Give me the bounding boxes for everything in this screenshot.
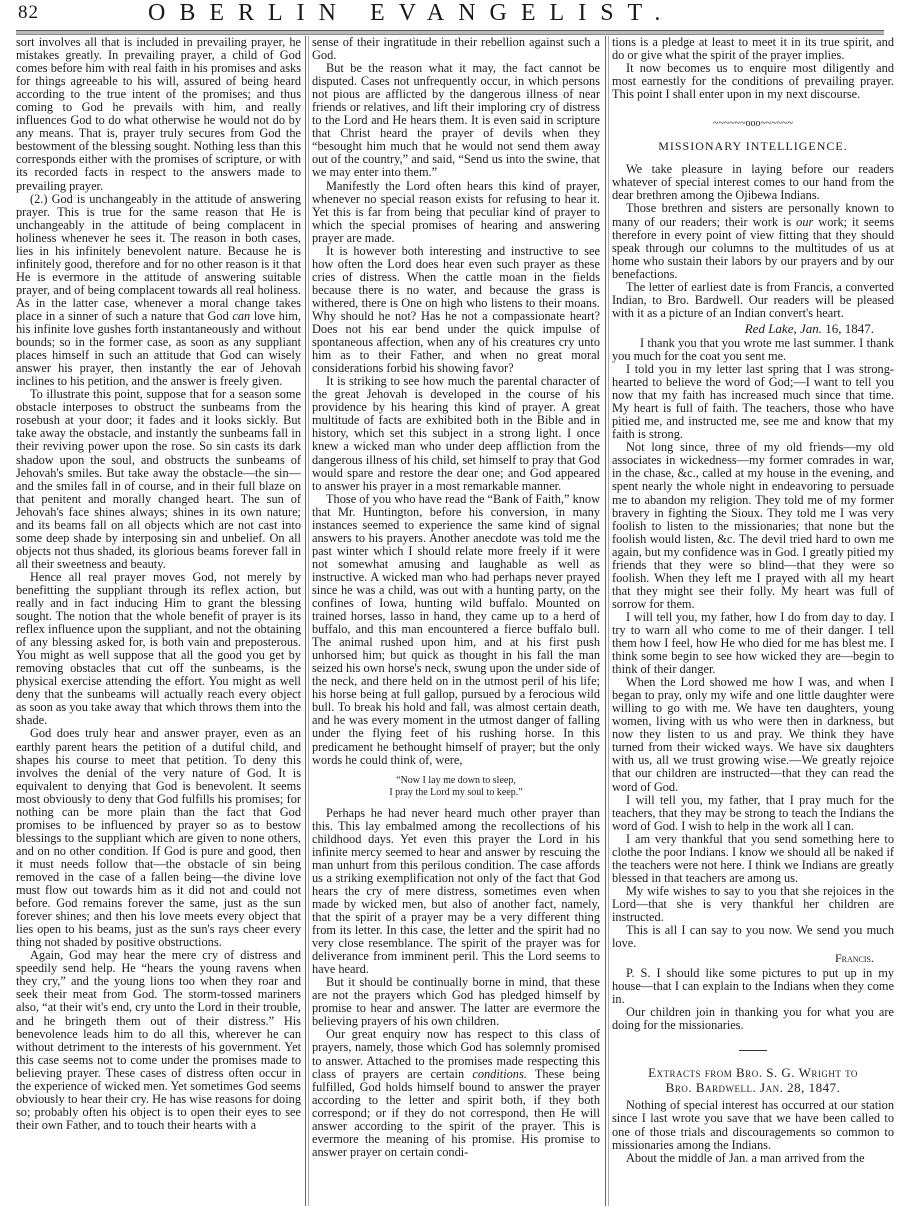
- paragraph: Again, God may hear the mere cry of dist…: [16, 949, 301, 1132]
- paragraph: sense of their ingratitude in their rebe…: [312, 36, 600, 62]
- emphasis-text: conditions.: [472, 1067, 527, 1081]
- text-run: (2.) God is unchangeably in the attitude…: [16, 192, 301, 323]
- postscript: P. S. I should like some pictures to put…: [612, 967, 894, 1006]
- column-2: sense of their ingratitude in their rebe…: [312, 36, 600, 1216]
- masthead-title: OBERLIN EVANGELIST.: [148, 0, 674, 27]
- letter-signature: Francis.: [612, 952, 874, 965]
- letter-paragraph: I will tell you, my father, that I pray …: [612, 794, 894, 833]
- paragraph: It now becomes us to enquire most dilige…: [612, 62, 894, 101]
- letter-paragraph: I thank you that you wrote me last summe…: [612, 337, 894, 363]
- paragraph: God does truly hear and answer prayer, e…: [16, 727, 301, 949]
- paragraph: tions is a pledge at least to meet it in…: [612, 36, 894, 62]
- letter-paragraph: This is all I can say to you now. We sen…: [612, 924, 894, 950]
- paragraph: Perhaps he had never heard much other pr…: [312, 807, 600, 977]
- letter-paragraph: When the Lord showed me how I was, and w…: [612, 676, 894, 793]
- paragraph: Those of you who have read the “Bank of …: [312, 493, 600, 767]
- dateline-date: 16, 1847.: [825, 321, 874, 336]
- paragraph: To illustrate this point, suppose that f…: [16, 388, 301, 571]
- postscript: Our children join in thanking you for wh…: [612, 1006, 894, 1032]
- paragraph: About the middle of Jan. a man arrived f…: [612, 1152, 894, 1165]
- paragraph: Those brethren and sisters are personall…: [612, 202, 894, 280]
- paragraph: Manifestly the Lord often hears this kin…: [312, 180, 600, 245]
- paragraph: It is however both interesting and instr…: [312, 245, 600, 375]
- text-run: These being fulfilled, God holds himself…: [312, 1067, 600, 1159]
- emphasis-text: our: [796, 215, 813, 229]
- paragraph: Nothing of special interest has occurred…: [612, 1099, 894, 1151]
- emphasis-text: can: [232, 309, 250, 323]
- section-ornament: ~~~~~~ooo~~~~~~: [612, 117, 894, 130]
- paragraph: But be the reason what it may, the fact …: [312, 62, 600, 179]
- verse-line: I pray the Lord my soul to keep.”: [312, 787, 600, 799]
- extract-heading-line: Bro. Bardwell. Jan. 28, 1847.: [612, 1080, 894, 1095]
- dateline-place: Red Lake, Jan.: [745, 321, 822, 336]
- paragraph: (2.) God is unchangeably in the attitude…: [16, 193, 301, 389]
- letter-paragraph: I am very thankful that you send somethi…: [612, 833, 894, 885]
- article-columns: sort involves all that is included in pr…: [16, 36, 900, 1221]
- letter-paragraph: I told you in my letter last spring that…: [612, 363, 894, 441]
- paragraph: Our great enquiry now has respect to thi…: [312, 1028, 600, 1158]
- extract-heading: Extracts from Bro. S. G. Wright to Bro. …: [612, 1065, 894, 1095]
- paragraph: The letter of earliest date is from Fran…: [612, 281, 894, 320]
- letter-paragraph: My wife wishes to say to you that she re…: [612, 885, 894, 924]
- paragraph: We take pleasure in laying before our re…: [612, 163, 894, 202]
- paragraph: Hence all real prayer moves God, not mer…: [16, 571, 301, 728]
- section-heading: MISSIONARY INTELLIGENCE.: [612, 140, 894, 153]
- header-double-rule: [16, 30, 884, 35]
- column-3: tions is a pledge at least to meet it in…: [612, 36, 894, 1216]
- section-separator-rule: [739, 1050, 767, 1051]
- column-divider: [605, 36, 609, 1206]
- quoted-verse: “Now I lay me down to sleep, I pray the …: [312, 775, 600, 799]
- paragraph: It is striking to see how much the paren…: [312, 375, 600, 492]
- verse-line: “Now I lay me down to sleep,: [312, 775, 600, 787]
- paragraph: But it should be continually borne in mi…: [312, 976, 600, 1028]
- paragraph: sort involves all that is included in pr…: [16, 36, 301, 193]
- letter-paragraph: Not long since, three of my old friends—…: [612, 441, 894, 611]
- extract-heading-line: Extracts from Bro. S. G. Wright to: [612, 1065, 894, 1080]
- page-number: 82: [18, 2, 39, 24]
- letter-dateline: Red Lake, Jan. 16, 1847.: [612, 322, 874, 335]
- column-1: sort involves all that is included in pr…: [16, 36, 301, 1216]
- column-divider: [305, 36, 309, 1206]
- page-header: 82 OBERLIN EVANGELIST.: [0, 0, 900, 30]
- letter-paragraph: I will tell you, my father, how I do fro…: [612, 611, 894, 676]
